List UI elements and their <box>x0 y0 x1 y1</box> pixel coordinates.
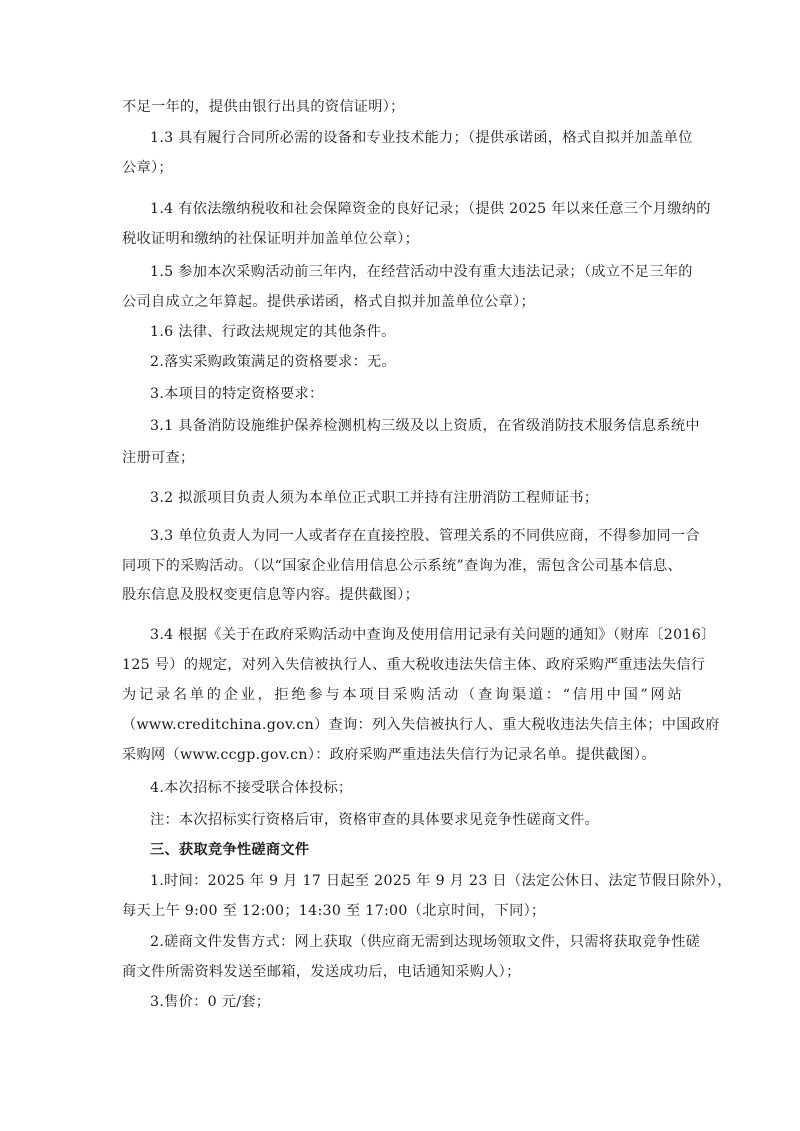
text-line: 商文件所需资料发送至邮箱，发送成功后，电话通知采购人）； <box>122 962 682 982</box>
text-line: 采购网（www.ccgp.gov.cn）：政府采购严重违法失信行为记录名单。提供… <box>122 745 682 765</box>
text-line: （www.creditchina.gov.cn）查询：列入失信被执行人、重大税收… <box>122 715 682 735</box>
text-line: 注册可查； <box>122 448 682 468</box>
text-line: 3.售价：0 元/套； <box>150 992 682 1012</box>
note-line: 注：本次招标实行资格后审，资格审查的具体要求见竞争性磋商文件。 <box>150 810 682 830</box>
text-line: 公司自成立之年算起。提供承诺函，格式自拟并加盖单位公章）； <box>122 292 682 312</box>
text-line: 1.3 具有履行合同所必需的设备和专业技术能力；（提供承诺函，格式自拟并加盖单位 <box>150 128 682 148</box>
text-line: 股东信息及股权变更信息等内容。提供截图）； <box>122 585 682 605</box>
text-line: 3.1 具备消防设施维护保养检测机构三级及以上资质，在省级消防技术服务信息系统中 <box>150 416 682 436</box>
section-heading: 三、获取竞争性磋商文件 <box>150 840 682 860</box>
section-heading: 3.本项目的特定资格要求： <box>150 384 682 404</box>
text-line: 税收证明和缴纳的社保证明并加盖单位公章）； <box>122 229 682 249</box>
document-page: 不足一年的，提供由银行出具的资信证明）； 1.3 具有履行合同所必需的设备和专业… <box>0 0 800 1131</box>
text-line: 公章）； <box>122 158 682 178</box>
text-line: 4.本次招标不接受联合体投标； <box>150 778 682 798</box>
text-line: 1.5 参加本次采购活动前三年内，在经营活动中没有重大违法记录；（成立不足三年的 <box>150 262 682 282</box>
text-line: 2.磋商文件发售方式：网上获取（供应商无需到达现场领取文件，只需将获取竞争性磋 <box>150 932 682 952</box>
text-line: 1.时间：2025 年 9 月 17 日起至 2025 年 9 月 23 日（法… <box>150 871 682 891</box>
text-line: 1.4 有依法缴纳税收和社会保障资金的良好记录；（提供 2025 年以来任意三个… <box>150 199 682 219</box>
text-line: 3.4 根据《关于在政府采购活动中查询及使用信用记录有关问题的通知》（财库〔20… <box>150 625 682 645</box>
text-line: 不足一年的，提供由银行出具的资信证明）； <box>122 97 682 117</box>
text-line: 3.2 拟派项目负责人须为本单位正式职工并持有注册消防工程师证书； <box>150 488 682 508</box>
text-line: 为记录名单的企业，拒绝参与本项目采购活动（查询渠道：“信用中国”网站 <box>122 685 682 705</box>
text-line: 2.落实采购政策满足的资格要求：无。 <box>150 352 682 372</box>
text-line: 125 号）的规定，对列入失信被执行人、重大税收违法失信主体、政府采购严重违法失… <box>122 655 682 675</box>
text-line: 每天上午 9:00 至 12:00；14:30 至 17:00（北京时间，下同）… <box>122 901 682 921</box>
text-line: 3.3 单位负责人为同一人或者存在直接控股、管理关系的不同供应商，不得参加同一合 <box>150 526 682 546</box>
text-line: 同项下的采购活动。（以“国家企业信用信息公示系统”查询为准，需包含公司基本信息、 <box>122 556 682 576</box>
text-line: 1.6 法律、行政法规规定的其他条件。 <box>150 322 682 342</box>
